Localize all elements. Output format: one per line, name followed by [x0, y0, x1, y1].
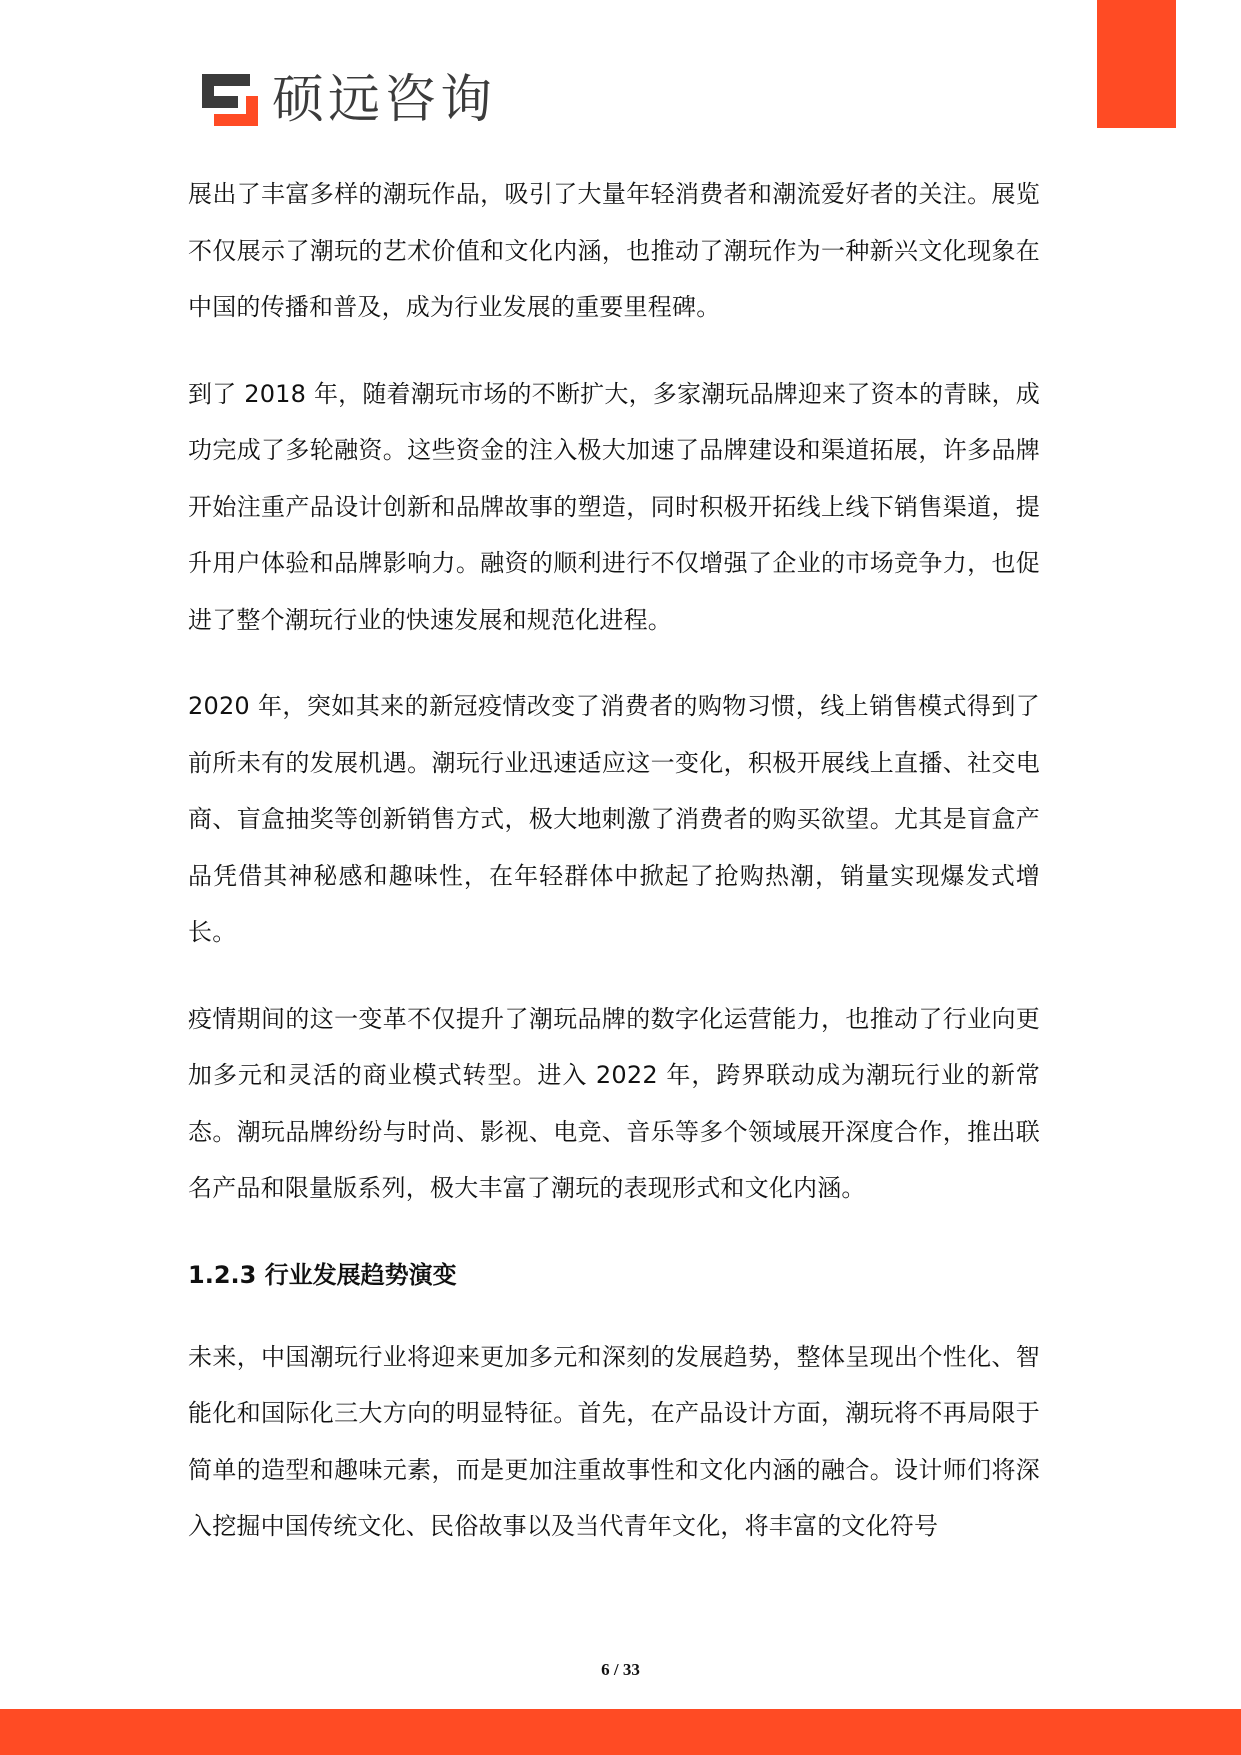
- company-logo: 硕远咨询: [202, 72, 496, 128]
- body-paragraph: 2020 年，突如其来的新冠疫情改变了消费者的购物习惯，线上销售模式得到了前所未…: [188, 678, 1040, 961]
- footer-accent-bar: [0, 1709, 1241, 1755]
- body-paragraph: 未来，中国潮玩行业将迎来更加多元和深刻的发展趋势，整体呈现出个性化、智能化和国际…: [188, 1329, 1040, 1555]
- corner-accent-block: [1097, 0, 1176, 128]
- logo-text: 硕远咨询: [272, 74, 496, 126]
- section-heading: 1.2.3 行业发展趋势演变: [188, 1247, 1040, 1303]
- body-paragraph: 展出了丰富多样的潮玩作品，吸引了大量年轻消费者和潮流爱好者的关注。展览不仅展示了…: [188, 166, 1040, 336]
- page-number: 6 / 33: [0, 1660, 1241, 1680]
- body-paragraph: 疫情期间的这一变革不仅提升了潮玩品牌的数字化运营能力，也推动了行业向更加多元和灵…: [188, 991, 1040, 1217]
- document-body: 展出了丰富多样的潮玩作品，吸引了大量年轻消费者和潮流爱好者的关注。展览不仅展示了…: [188, 166, 1040, 1585]
- logo-mark-icon: [202, 74, 258, 126]
- body-paragraph: 到了 2018 年，随着潮玩市场的不断扩大，多家潮玩品牌迎来了资本的青睐，成功完…: [188, 366, 1040, 649]
